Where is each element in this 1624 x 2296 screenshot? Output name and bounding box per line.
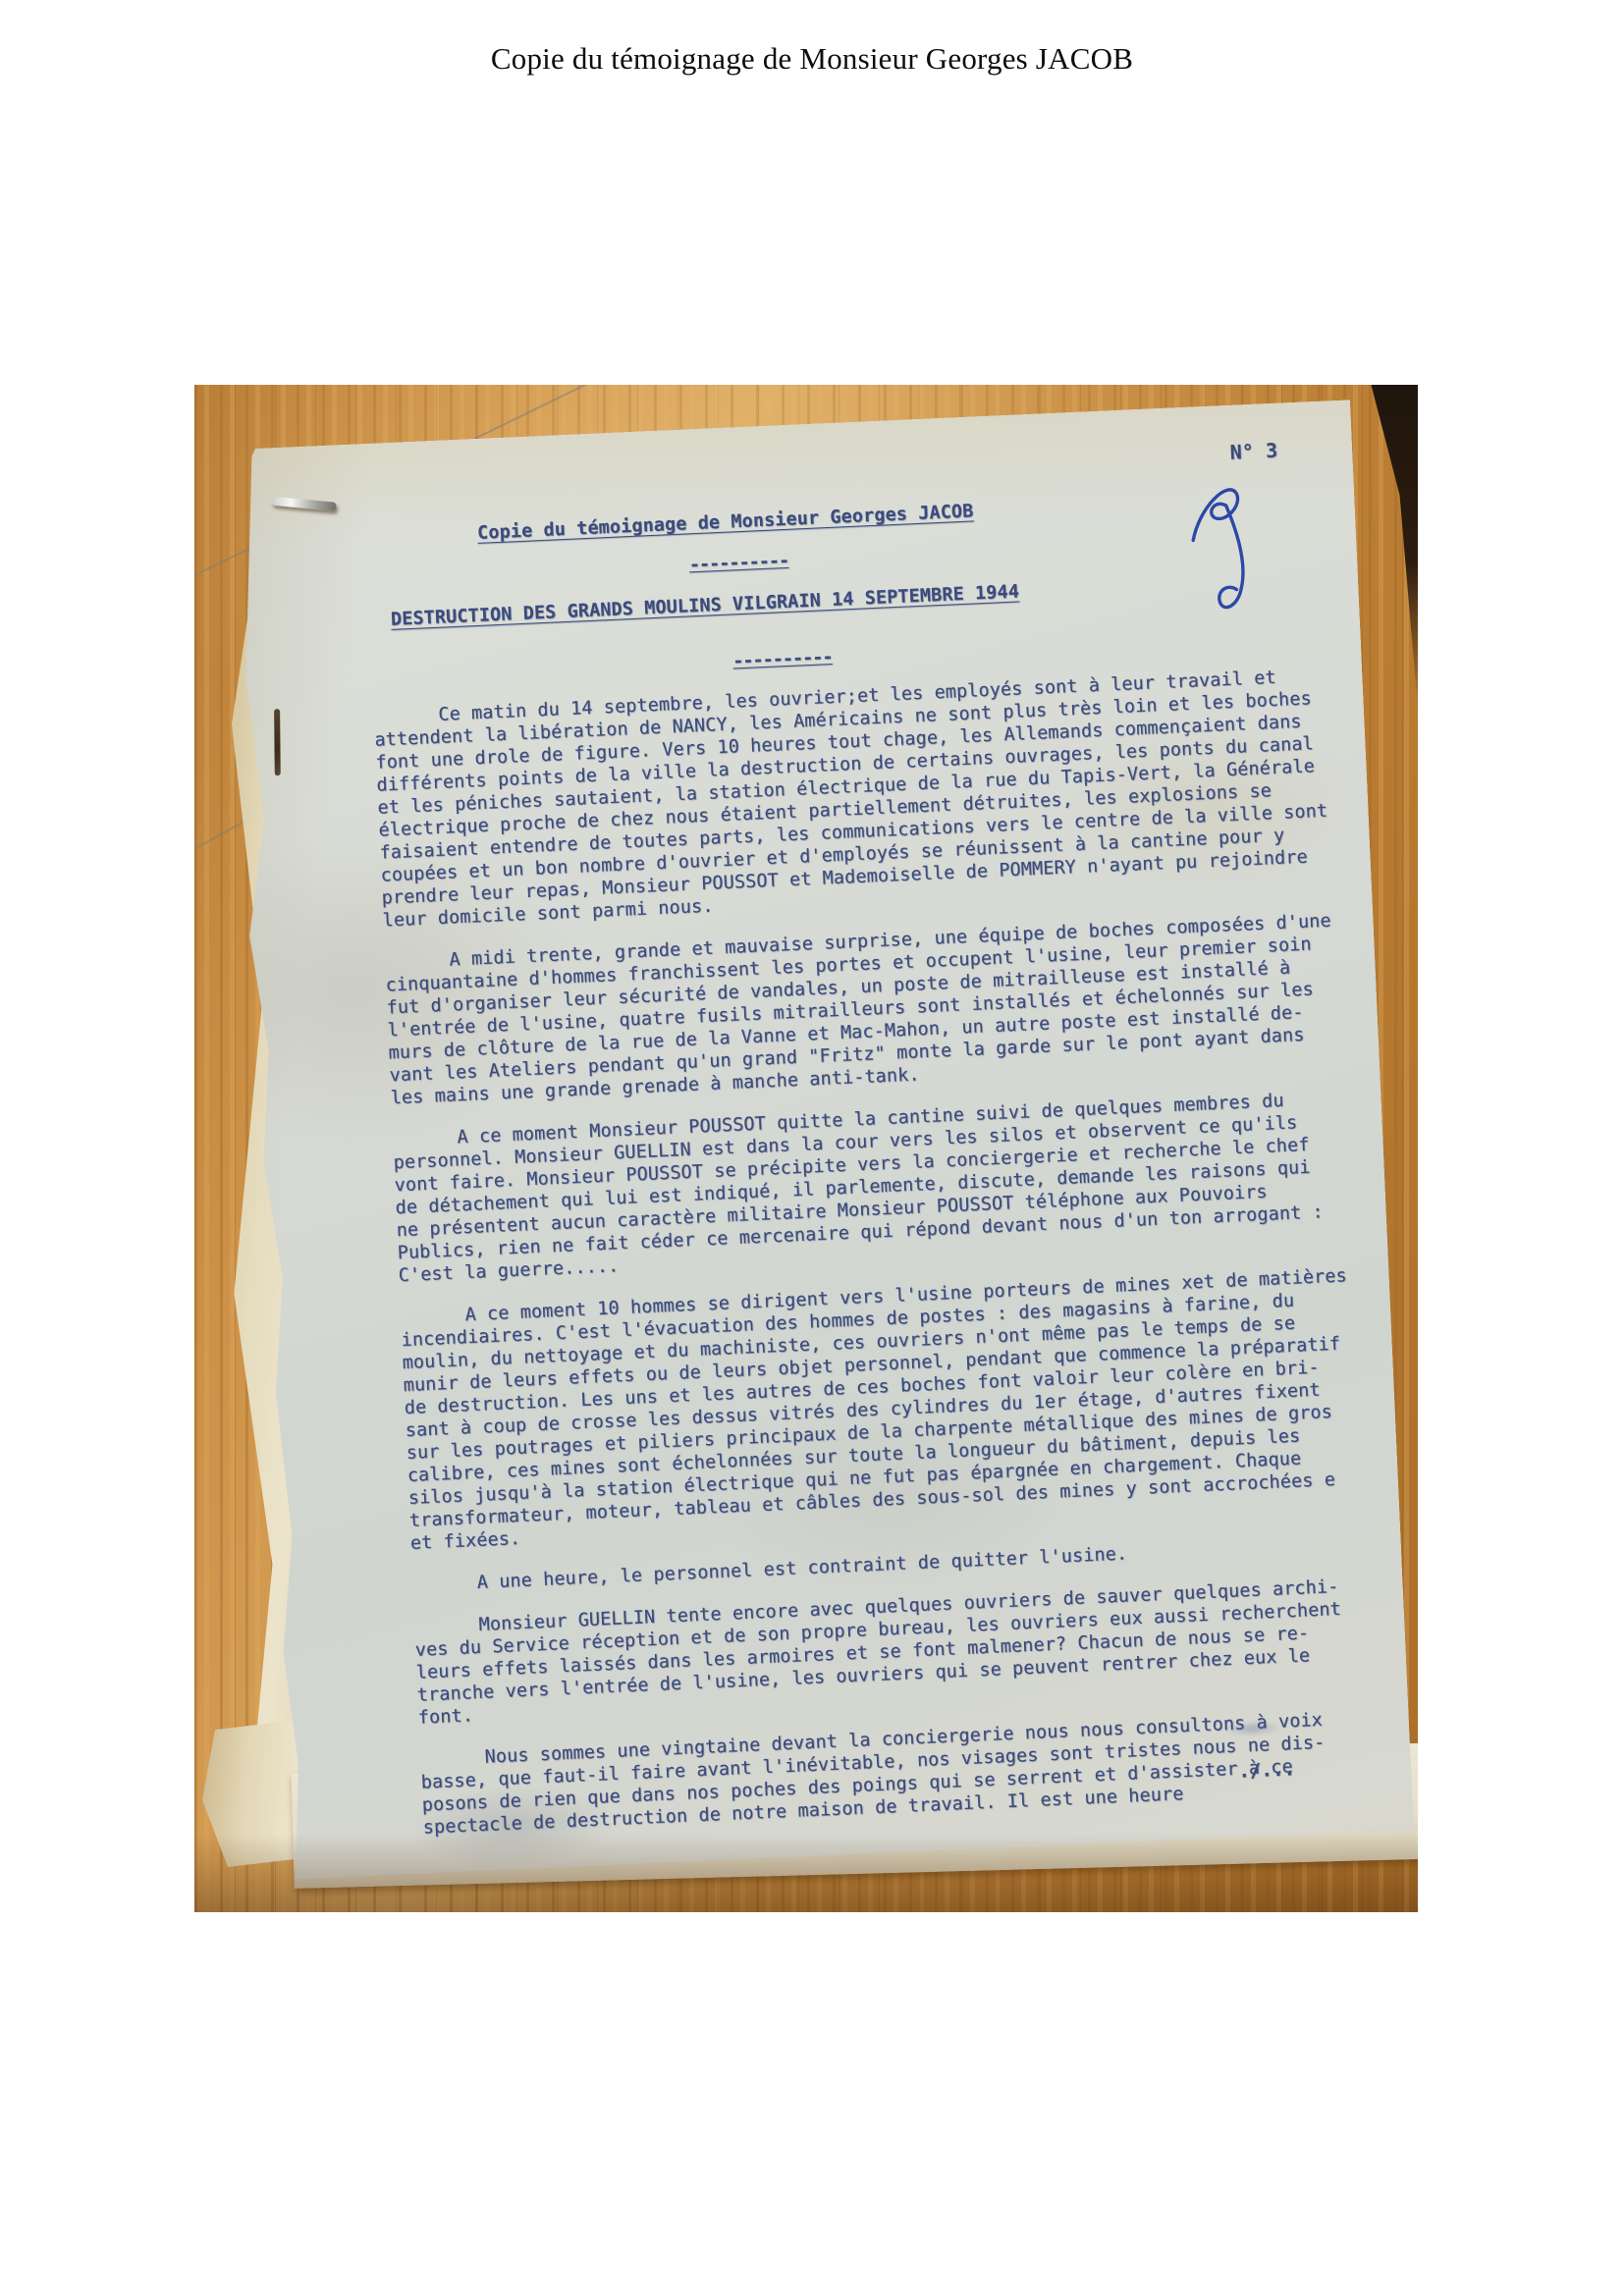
scan-page: Copie du témoignage de Monsieur Georges … (0, 0, 1624, 2296)
continuation-mark: ./... (1238, 1758, 1296, 1783)
paragraph: A midi trente, grande et mauvaise surpri… (384, 908, 1374, 1109)
paragraph: Monsieur GUELLIN tente encore avec quelq… (413, 1573, 1401, 1729)
document-title: Copie du témoignage de Monsieur Georges … (477, 501, 974, 543)
handwritten-initials-icon (1182, 474, 1268, 634)
document-photo: N° 3 Copie du témoignage de Monsieur Geo… (194, 385, 1418, 1912)
paragraph: A ce moment 10 hommes se dirigent vers l… (400, 1263, 1393, 1555)
staple-icon (271, 497, 337, 511)
paragraph: Ce matin du 14 septembre, les ouvrier;et… (373, 663, 1366, 932)
page-caption: Copie du témoignage de Monsieur Georges … (0, 41, 1624, 77)
corner-shadow (1353, 385, 1418, 709)
separator: ---------- (688, 551, 788, 575)
document-body: Ce matin du 14 septembre, les ouvrier;et… (238, 663, 1413, 1865)
testimony-sheet: N° 3 Copie du témoignage de Monsieur Geo… (226, 400, 1414, 1880)
paragraph: A ce moment Monsieur POUSSOT quitte la c… (392, 1086, 1381, 1287)
document-subject: DESTRUCTION DES GRANDS MOULINS VILGRAIN … (391, 581, 1020, 629)
separator: ---------- (732, 647, 833, 671)
page-number: N° 3 (1229, 439, 1278, 464)
